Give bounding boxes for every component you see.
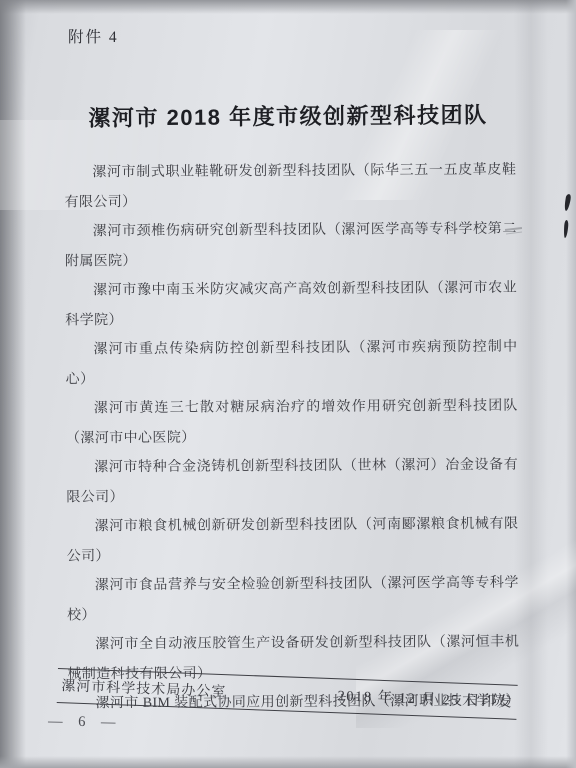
team-list: 漯河市制式职业鞋靴研发创新型科技团队（际华三五一五皮革皮鞋有限公司） 漯河市颈椎… [64,156,519,719]
page-number: — 6 — [48,713,122,731]
team-item: 漯河市食品营养与安全检验创新型科技团队（漯河医学高等专科学校） [67,569,519,631]
team-item: 漯河市黄连三七散对糖尿病治疗的增效作用研究创新型科技团队（漯河市中心医院） [66,392,518,454]
team-item: 漯河市粮食机械创新研发创新型科技团队（河南郾漯粮食机械有限公司） [66,510,518,572]
team-item: 漯河市颈椎伤病研究创新型科技团队（漯河医学高等专科学校第二附属医院） [65,215,517,277]
team-item: 漯河市豫中南玉米防灾减灾高产高效创新型科技团队（漯河市农业科学院） [65,274,517,336]
document-title: 漯河市 2018 年度市级创新型科技团队 [0,97,576,133]
issuing-office: 漯河市科学技术局办公室 [61,675,227,701]
team-item: 漯河市制式职业鞋靴研发创新型科技团队（际华三五一五皮革皮鞋有限公司） [64,156,516,218]
scanned-document-photo: 附件 4 漯河市 2018 年度市级创新型科技团队 漯河市制式职业鞋靴研发创新型… [0,0,576,768]
team-item: 漯河市特种合金浇铸机创新型科技团队（世林（漯河）冶金设备有限公司） [66,451,518,513]
photo-edge-top [0,0,576,14]
attachment-label: 附件 4 [68,25,119,47]
photo-edge-bottom [0,756,576,768]
team-item: 漯河市重点传染病防控创新型科技团队（漯河市疾病预防控制中心） [65,333,517,395]
print-date: 2018 年 12 月 25 日印发 [337,684,513,711]
